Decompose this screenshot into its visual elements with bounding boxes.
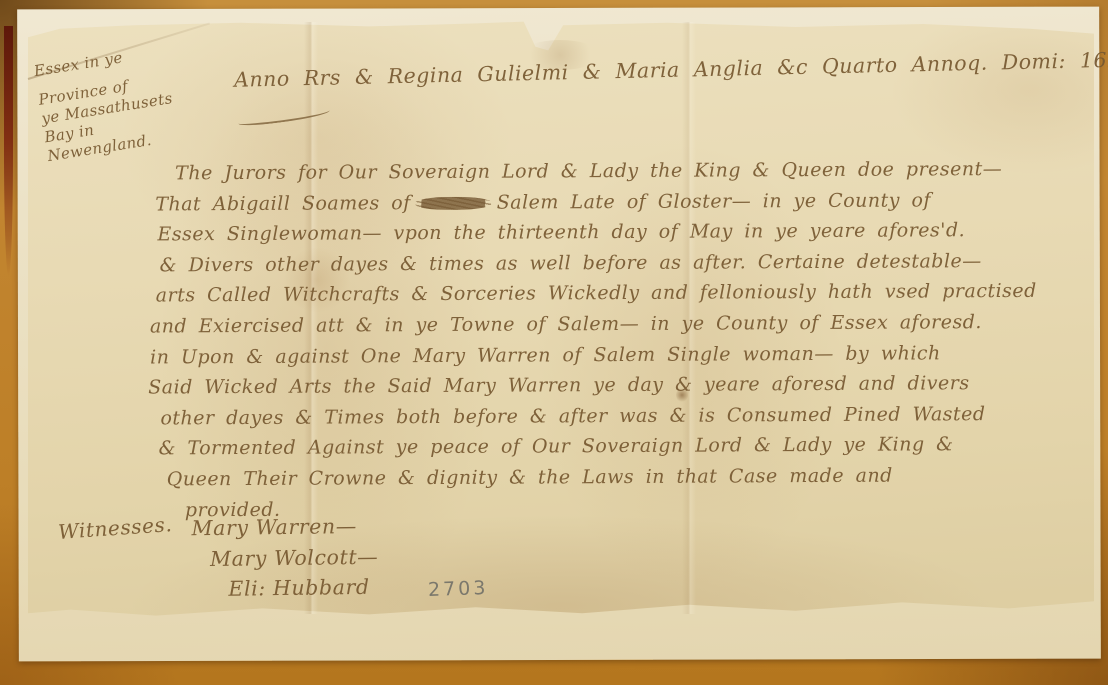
witness-signature: Eli: Hubbard [228,572,379,605]
body-line: and Exiercised att & in ye Towne of Sale… [148,306,1096,342]
body-line: arts Called Witchcrafts & Sorceries Wick… [148,276,1096,312]
manuscript-photo: Essex in ye Province of ye Massathusets … [0,0,1108,685]
body-line: in Upon & against One Mary Warren of Sal… [148,337,1096,373]
witness-signature: Mary Warren— [191,511,378,544]
indictment-body-text: The Jurors for Our Soveraign Lord & Lady… [147,154,1097,526]
body-line: The Jurors for Our Soveraign Lord & Lady… [147,154,1095,190]
body-line: other dayes & Times both before & after … [148,398,1096,434]
body-line: Queen Their Crowne & dignity & the Laws … [149,459,1097,495]
body-line: That Abigaill Soames ofSalem Late of Glo… [147,184,1095,220]
body-line-segment: That Abigaill Soames of [155,192,411,215]
body-line-segment: Salem Late of Gloster— in ye County of [497,189,931,213]
catalog-number-pencil: 2703 [428,577,489,601]
crossed-out-word [416,196,492,209]
body-line: Essex Singlewoman— vpon the thirteenth d… [147,215,1095,251]
body-line: & Divers other dayes & times as well bef… [148,245,1096,281]
body-line: & Tormented Against ye peace of Our Sove… [148,429,1096,465]
body-line: Said Wicked Arts the Said Mary Warren ye… [148,368,1096,404]
witness-signature: Mary Wolcott— [210,541,379,574]
witness-signatures: Mary Warren— Mary Wolcott— Eli: Hubbard [191,511,379,605]
left-edge-maroon-strip [4,26,13,276]
